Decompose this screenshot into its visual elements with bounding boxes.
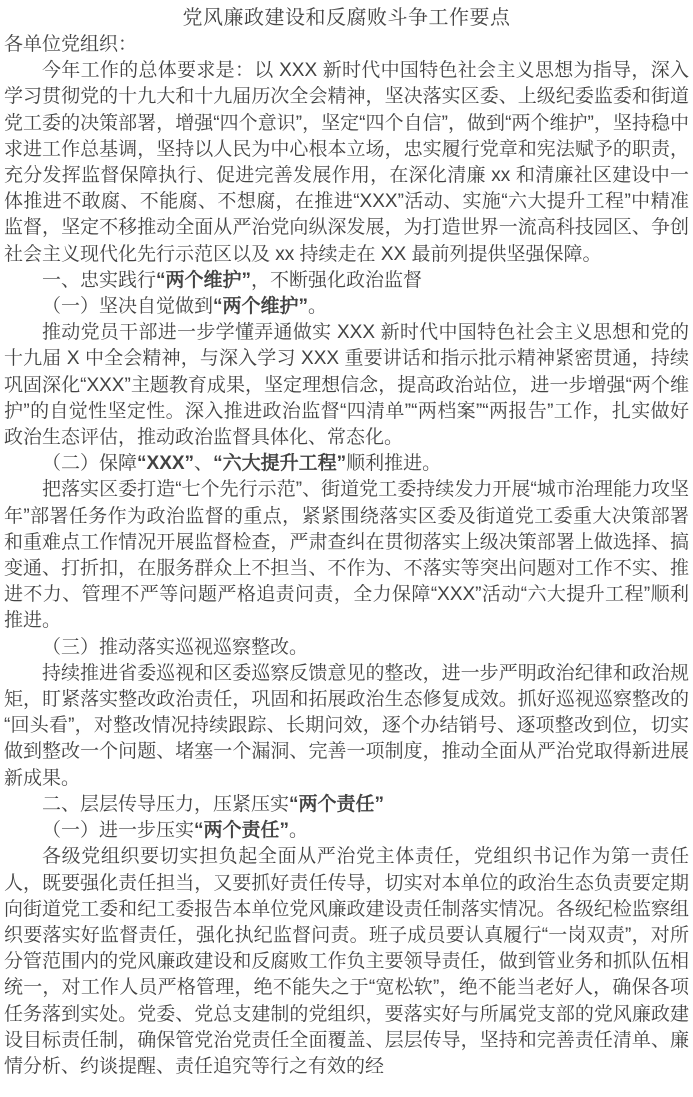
subsection-heading: （三）推动落实巡视巡察整改。 [4, 635, 689, 661]
text-run: 推动党员干部进一步学懂弄通做实 XXX 新时代中国特色社会主义思想和党的十九届 … [4, 322, 689, 448]
bold-text-run: “两个维护” [213, 296, 308, 317]
text-run: 今年工作的总体要求是：以 XXX 新时代中国特色社会主义思想为指导，深入学习贯彻… [4, 60, 689, 264]
subsection-heading: （一）进一步压实“两个责任”。 [4, 818, 689, 844]
bold-text-run: “两个维护” [156, 270, 251, 291]
text-run: 一、忠实践行 [42, 270, 156, 291]
subsection-heading: （二）保障“XXX”、“六大提升工程”顺利推进。 [4, 451, 689, 477]
body-paragraph: 今年工作的总体要求是：以 XXX 新时代中国特色社会主义思想为指导，深入学习贯彻… [4, 58, 689, 268]
text-run: 各级党组织要切实担负起全面从严治党主体责任，党组织书记作为第一责任人，既要强化责… [4, 846, 689, 1077]
text-run: （一）坚决自觉做到 [42, 296, 213, 317]
salutation-line: 各单位党组织： [4, 32, 689, 58]
text-run: 把落实区委打造“七个先行示范”、街道党工委持续发力开展“城市治理能力攻坚年”部署… [4, 479, 689, 631]
body-paragraph: 持续推进省委巡视和区委巡察反馈意见的整改，进一步严明政治纪律和政治规矩，盯紧落实… [4, 661, 689, 792]
text-run: 、 [194, 453, 213, 474]
text-run: （二）保障 [42, 453, 137, 474]
text-run: 持续推进省委巡视和区委巡察反馈意见的整改，进一步严明政治纪律和政治规矩，盯紧落实… [4, 663, 689, 789]
text-run: 。 [308, 296, 327, 317]
text-run: 顺利推进。 [346, 453, 441, 474]
section-heading: 一、忠实践行“两个维护”，不断强化政治监督 [4, 268, 689, 294]
text-run: 。 [289, 820, 308, 841]
text-run: （三）推动落实巡视巡察整改。 [42, 637, 308, 658]
bold-text-run: “六大提升工程” [213, 453, 346, 474]
text-run: （一）进一步压实 [42, 820, 194, 841]
document-page: 党风廉政建设和反腐败斗争工作要点 各单位党组织：今年工作的总体要求是：以 XXX… [0, 0, 693, 1097]
bold-text-run: “两个责任” [194, 820, 289, 841]
text-run: ，不断强化政治监督 [251, 270, 422, 291]
subsection-heading: （一）坚决自觉做到“两个维护”。 [4, 294, 689, 320]
text-run: 各单位党组织： [4, 34, 137, 55]
bold-text-run: “两个责任” [289, 794, 384, 815]
document-body: 各单位党组织：今年工作的总体要求是：以 XXX 新时代中国特色社会主义思想为指导… [4, 32, 689, 1080]
bold-text-run: “XXX” [137, 453, 194, 474]
document-title: 党风廉政建设和反腐败斗争工作要点 [4, 5, 689, 31]
body-paragraph: 把落实区委打造“七个先行示范”、街道党工委持续发力开展“城市治理能力攻坚年”部署… [4, 477, 689, 634]
section-heading: 二、层层传导压力，压紧压实“两个责任” [4, 792, 689, 818]
body-paragraph: 各级党组织要切实担负起全面从严治党主体责任，党组织书记作为第一责任人，既要强化责… [4, 844, 689, 1080]
body-paragraph: 推动党员干部进一步学懂弄通做实 XXX 新时代中国特色社会主义思想和党的十九届 … [4, 320, 689, 451]
text-run: 二、层层传导压力，压紧压实 [42, 794, 289, 815]
